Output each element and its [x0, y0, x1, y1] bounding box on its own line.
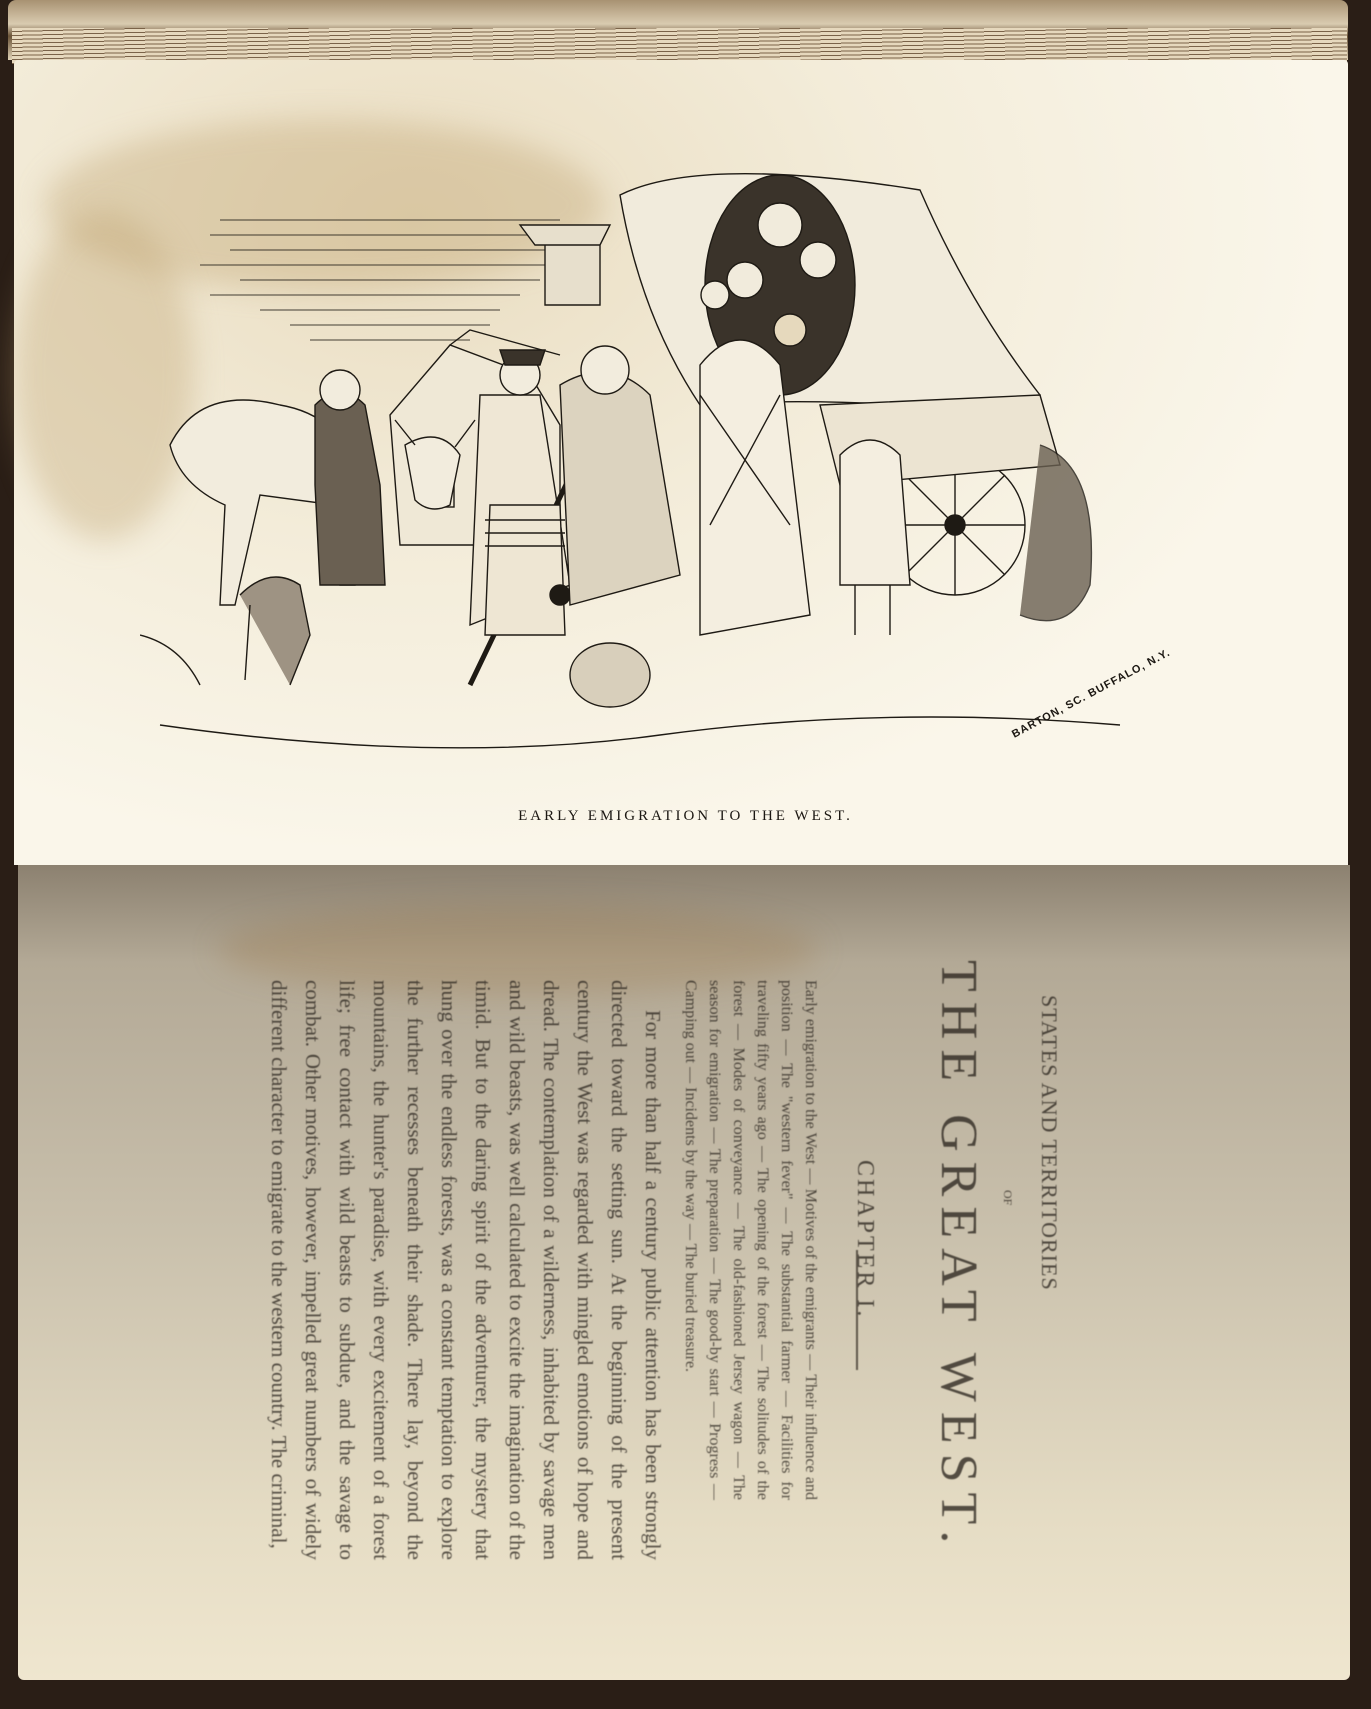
engraving-illustration: [140, 165, 1215, 790]
chapter-summary: Early emigration to the West — Motives o…: [678, 980, 822, 1500]
illustration-caption: EARLY EMIGRATION TO THE WEST.: [0, 808, 1371, 825]
book-title: THE GREAT WEST.: [929, 960, 988, 1553]
title-of: OF: [1000, 1190, 1015, 1205]
running-header: STATES AND TERRITORIES: [1036, 995, 1062, 1291]
page-stack-edges: [12, 28, 1347, 64]
chapter-body: For more than half a century public atte…: [262, 980, 670, 1560]
chapter-rule: [856, 1250, 858, 1370]
